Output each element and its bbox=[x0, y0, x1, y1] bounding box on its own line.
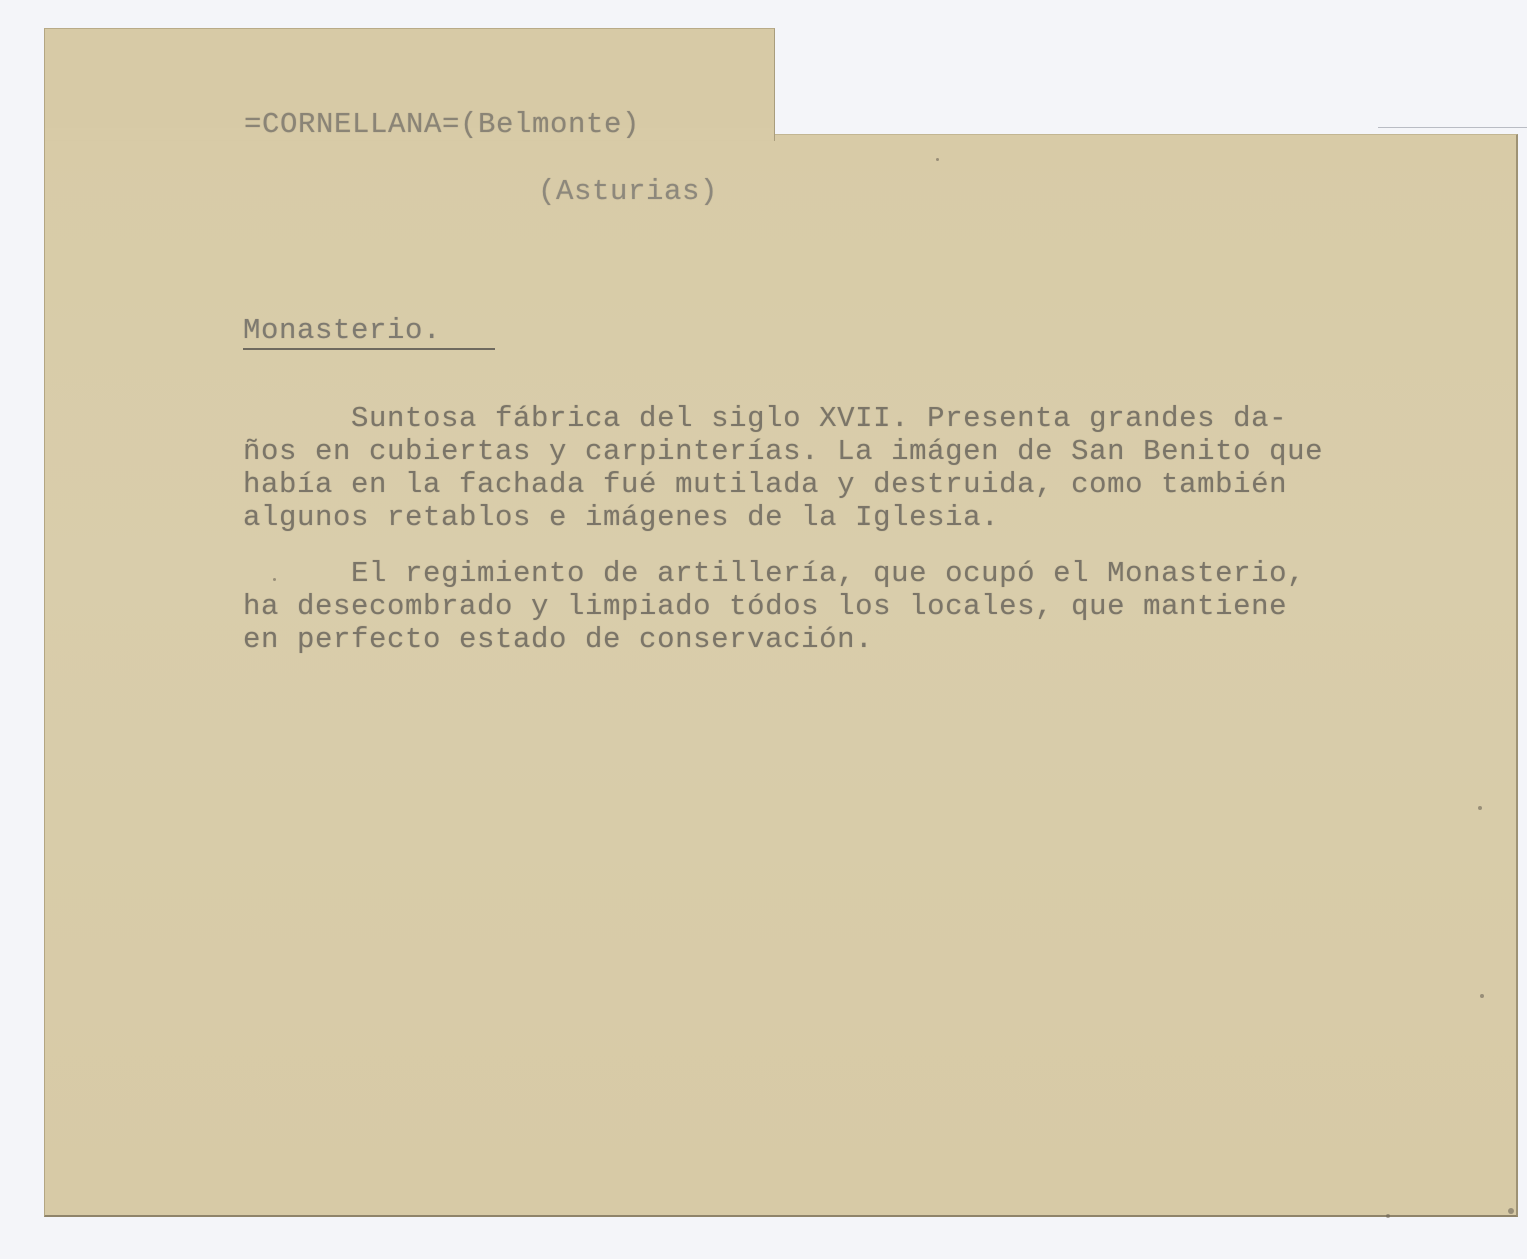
paragraph-1: Suntosa fábrica del siglo XVII. Presenta… bbox=[243, 402, 1513, 534]
section-title-underline bbox=[243, 348, 495, 350]
scan-speck bbox=[1508, 1208, 1514, 1214]
text-line: había en la fachada fué mutilada y destr… bbox=[243, 468, 1513, 501]
scan-speck bbox=[273, 578, 276, 581]
scan-speck bbox=[1480, 994, 1484, 998]
scan-speck bbox=[1478, 806, 1482, 810]
text-line: en perfecto estado de conservación. bbox=[243, 623, 1513, 656]
text-line: ha desecombrado y limpiado tódos los loc… bbox=[243, 590, 1513, 623]
place-heading: =CORNELLANA=(Belmonte) bbox=[244, 108, 640, 141]
region-heading: (Asturias) bbox=[538, 175, 718, 208]
scan-speck bbox=[936, 158, 939, 161]
scan-crop-mark bbox=[1378, 127, 1527, 128]
paragraph-2: El regimiento de artillería, que ocupó e… bbox=[243, 557, 1513, 656]
text-line: El regimiento de artillería, que ocupó e… bbox=[243, 557, 1513, 590]
text-line: Suntosa fábrica del siglo XVII. Presenta… bbox=[243, 402, 1513, 435]
text-line: ños en cubiertas y carpinterías. La imág… bbox=[243, 435, 1513, 468]
card-body bbox=[44, 134, 1518, 1217]
scan-speck bbox=[1386, 1214, 1390, 1218]
section-title: Monasterio. bbox=[243, 314, 441, 347]
text-line: algunos retablos e imágenes de la Iglesi… bbox=[243, 501, 1513, 534]
